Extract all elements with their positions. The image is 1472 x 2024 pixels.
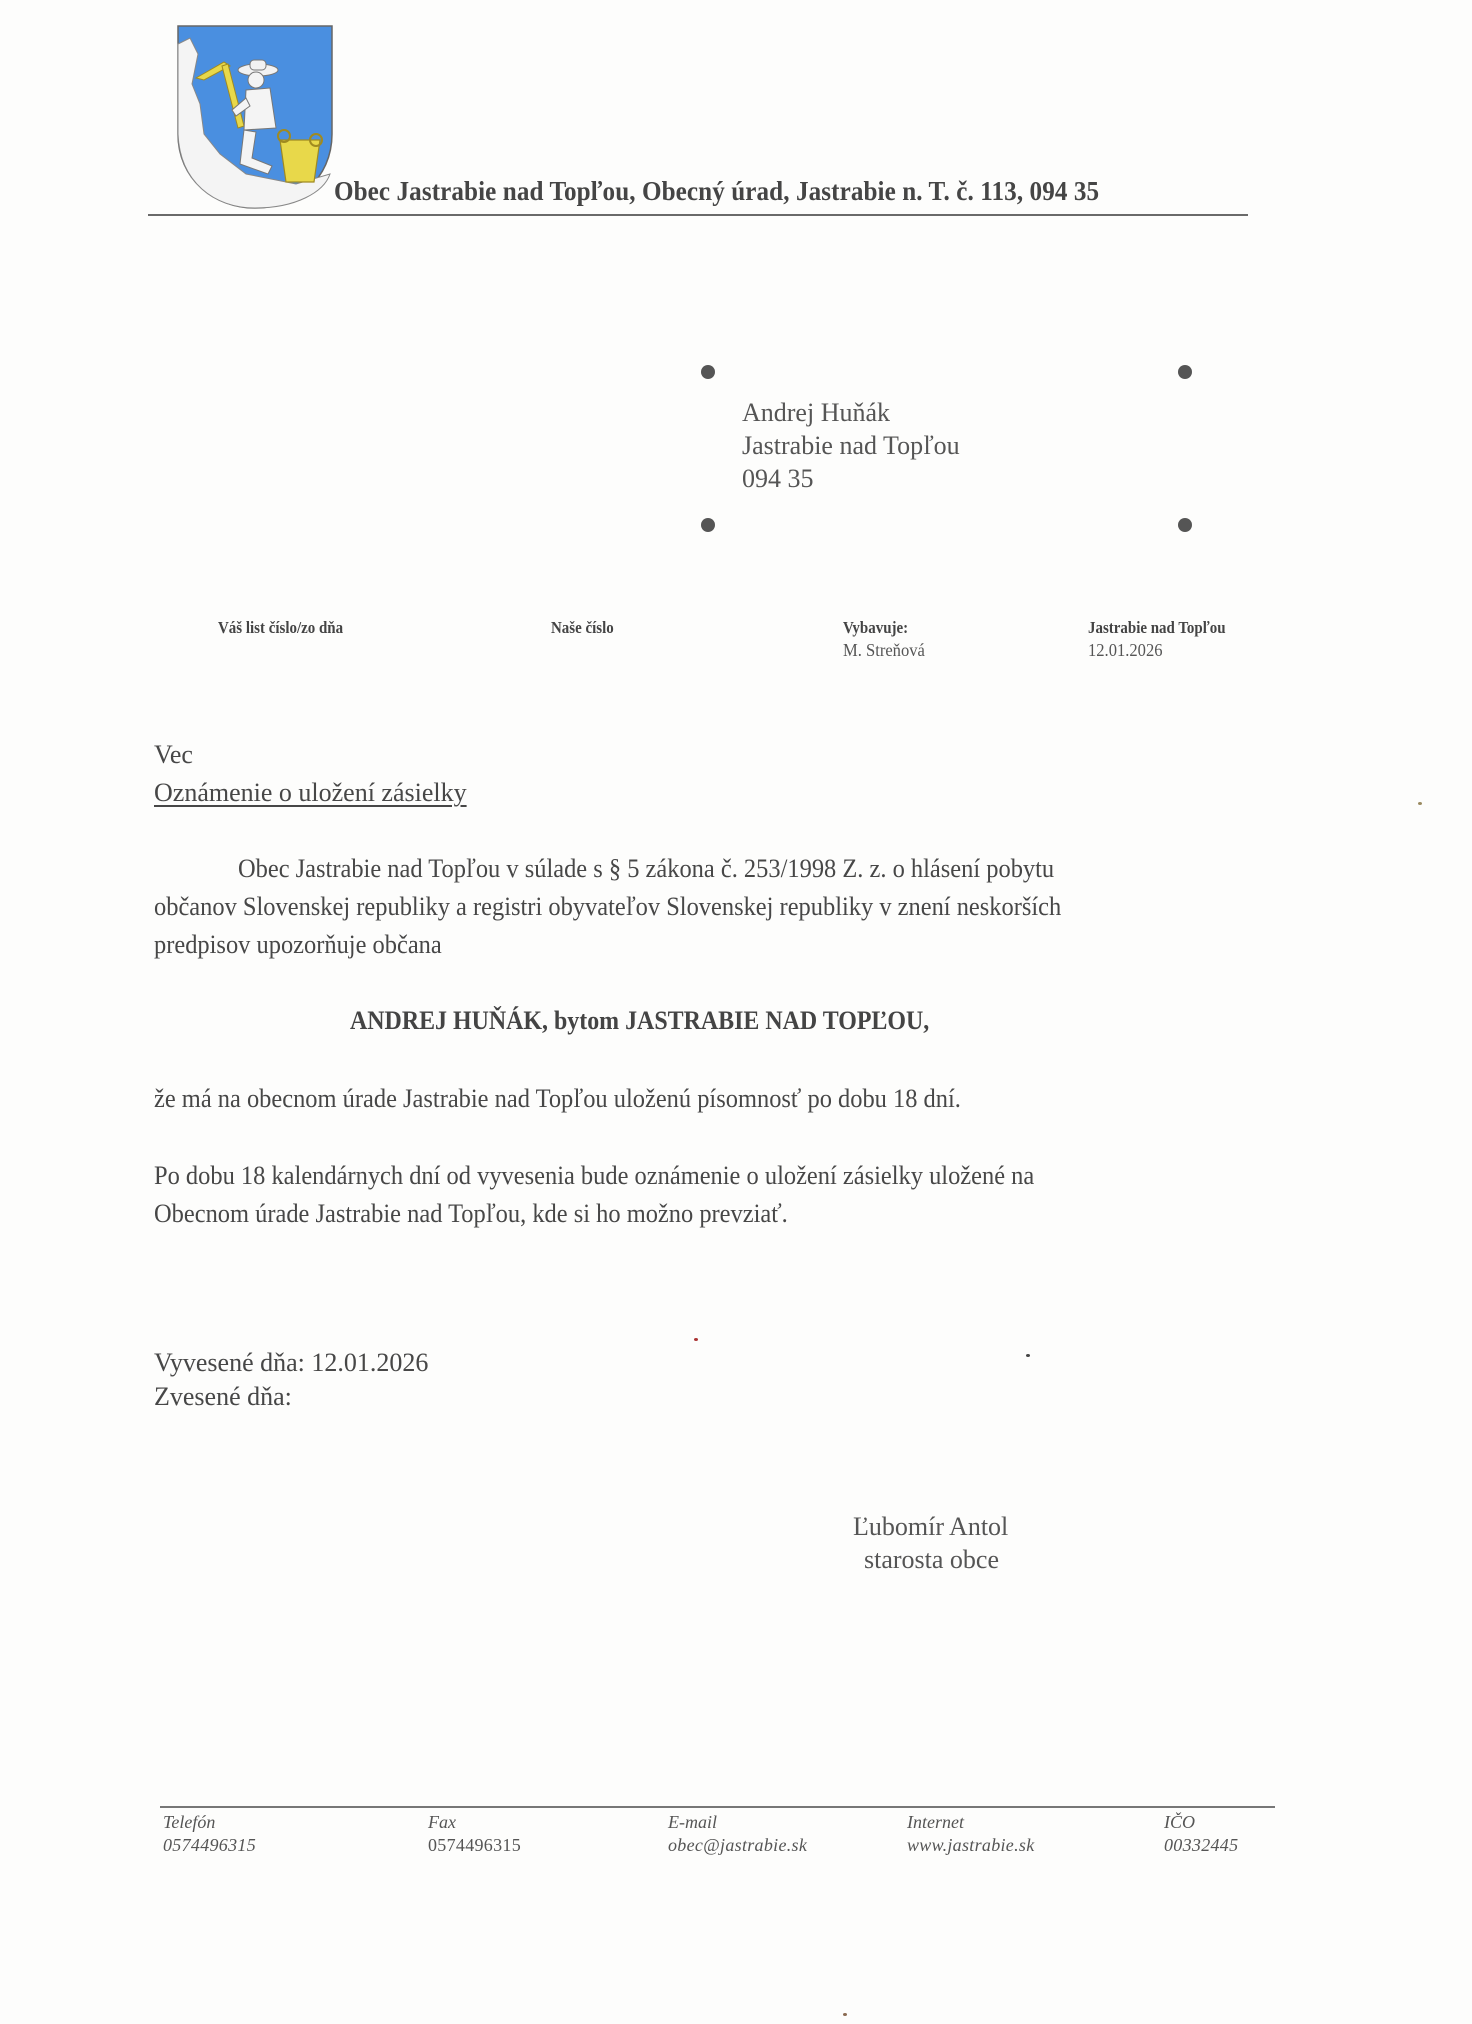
signatory-title: starosta obce [864,1545,999,1575]
footer-phone-label: Telefón [163,1812,215,1833]
scan-speck [843,2013,847,2016]
place-label: Jastrabie nad Topľou [1088,618,1226,638]
posted-date: 12.01.2026 [311,1348,428,1377]
footer-email-label: E-mail [668,1812,717,1833]
our-reference-label: Naše číslo [551,618,614,638]
window-mark-icon [701,365,715,379]
subject-label: Vec [154,740,193,770]
footer-internet-label: Internet [907,1812,964,1833]
footer-divider [160,1806,1275,1808]
footer-phone-value: 0574496315 [163,1835,256,1856]
paragraph-line: Po dobu 18 kalendárnych dní od vyvesenia… [154,1161,1034,1191]
recipient-town: Jastrabie nad Topľou [742,431,960,461]
posted-on: Vyvesené dňa: 12.01.2026 [154,1348,428,1378]
handled-by-label: Vybavuje: [843,618,908,638]
footer-email-value: obec@jastrabie.sk [668,1835,807,1856]
window-mark-icon [1178,518,1192,532]
paragraph-line: Obecnom úrade Jastrabie nad Topľou, kde … [154,1199,788,1229]
paragraph-line: občanov Slovenskej republiky a registri … [154,892,1061,922]
window-mark-icon [1178,365,1192,379]
posted-label: Vyvesené dňa: [154,1348,305,1377]
header-divider [148,214,1248,216]
notice-paragraph: že má na obecnom úrade Jastrabie nad Top… [154,1084,961,1114]
handled-by-value: M. Streňová [843,640,925,661]
coat-of-arms-icon [176,24,334,210]
footer-internet-value: www.jastrabie.sk [907,1835,1034,1856]
letter-date: 12.01.2026 [1088,640,1163,661]
paragraph-line: Obec Jastrabie nad Topľou v súlade s § 5… [238,854,1054,884]
window-mark-icon [701,518,715,532]
recipient-postal-code: 094 35 [742,464,814,494]
municipality-header: Obec Jastrabie nad Topľou, Obecný úrad, … [334,176,1099,207]
citizen-line: ANDREJ HUŇÁK, bytom JASTRABIE NAD TOPĽOU… [350,1006,929,1036]
subject-title: Oznámenie o uložení zásielky [154,778,467,808]
signatory-name: Ľubomír Antol [853,1512,1008,1542]
footer-ico-label: IČO [1164,1812,1195,1833]
scan-speck [1418,802,1422,805]
recipient-name: Andrej Huňák [742,398,890,428]
scan-speck [1026,1354,1030,1357]
footer-fax-label: Fax [428,1812,456,1833]
your-reference-label: Váš list číslo/zo dňa [218,618,343,638]
footer-ico-value: 00332445 [1164,1835,1238,1856]
footer-fax-value: 0574496315 [428,1835,521,1856]
paragraph-line: predpisov upozorňuje občana [154,930,442,960]
scan-speck [694,1338,698,1341]
removed-on: Zvesené dňa: [154,1382,292,1412]
removed-label: Zvesené dňa: [154,1382,292,1411]
